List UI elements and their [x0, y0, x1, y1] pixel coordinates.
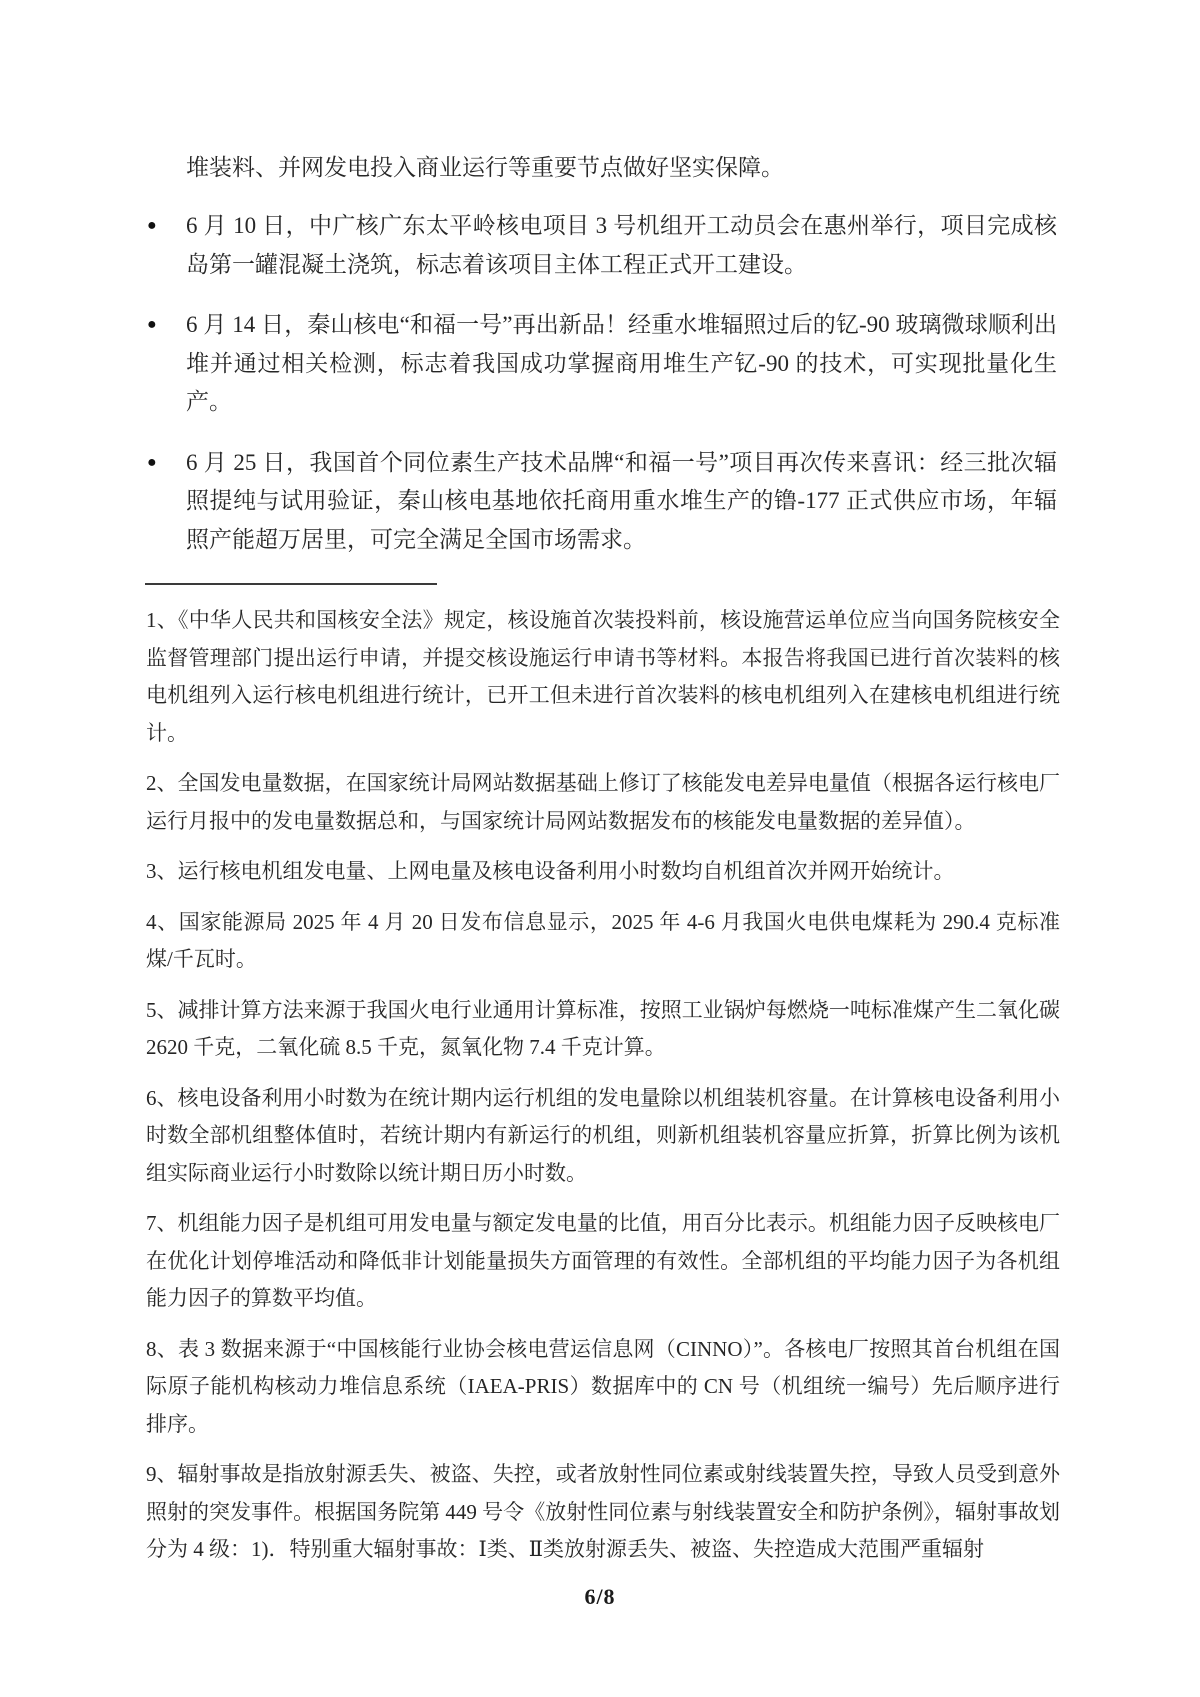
footnote-1: 1、《中华人民共和国核安全法》规定，核设施首次装投料前，核设施营运单位应当向国务…	[146, 602, 1060, 752]
document-page: 堆装料、并网发电投入商业运行等重要节点做好坚实保障。 ● 6 月 10 日，中广…	[0, 0, 1200, 1697]
page-number: 6/8	[0, 1584, 1200, 1610]
footnote-8: 8、表 3 数据来源于“中国核能行业协会核电营运信息网（CINNO）”。各核电厂…	[146, 1331, 1060, 1444]
bullet-marker-icon: ●	[147, 306, 186, 345]
bullet-marker-icon: ●	[147, 444, 186, 483]
footnote-4: 4、国家能源局 2025 年 4 月 20 日发布信息显示，2025 年 4-6…	[146, 904, 1060, 979]
bullet-text: 6 月 14 日，秦山核电“和福一号”再出新品！经重水堆辐照过后的钇-90 玻璃…	[186, 306, 1057, 422]
footnote-6: 6、核电设备利用小时数为在统计期内运行机组的发电量除以机组装机容量。在计算核电设…	[146, 1080, 1060, 1193]
footnote-separator-rule	[145, 583, 437, 585]
bullet-list: ● 6 月 10 日，中广核广东太平岭核电项目 3 号机组开工动员会在惠州举行，…	[147, 207, 1057, 581]
bullet-text: 6 月 25 日，我国首个同位素生产技术品牌“和福一号”项目再次传来喜讯：经三批…	[186, 444, 1057, 560]
footnotes-section: 1、《中华人民共和国核安全法》规定，核设施首次装投料前，核设施营运单位应当向国务…	[146, 602, 1060, 1582]
footnote-9: 9、辐射事故是指放射源丢失、被盗、失控，或者放射性同位素或射线装置失控，导致人员…	[146, 1456, 1060, 1569]
footnote-5: 5、减排计算方法来源于我国火电行业通用计算标准，按照工业锅炉每燃烧一吨标准煤产生…	[146, 992, 1060, 1067]
bullet-item-june-25: ● 6 月 25 日，我国首个同位素生产技术品牌“和福一号”项目再次传来喜讯：经…	[147, 444, 1057, 560]
footnote-3: 3、运行核电机组发电量、上网电量及核电设备利用小时数均自机组首次并网开始统计。	[146, 853, 1060, 891]
continued-paragraph: 堆装料、并网发电投入商业运行等重要节点做好坚实保障。	[186, 149, 1057, 188]
bullet-item-june-14: ● 6 月 14 日，秦山核电“和福一号”再出新品！经重水堆辐照过后的钇-90 …	[147, 306, 1057, 422]
footnote-7: 7、机组能力因子是机组可用发电量与额定发电量的比值，用百分比表示。机组能力因子反…	[146, 1205, 1060, 1318]
bullet-marker-icon: ●	[147, 207, 186, 246]
bullet-item-june-10: ● 6 月 10 日，中广核广东太平岭核电项目 3 号机组开工动员会在惠州举行，…	[147, 207, 1057, 284]
bullet-text: 6 月 10 日，中广核广东太平岭核电项目 3 号机组开工动员会在惠州举行，项目…	[186, 207, 1057, 284]
footnote-2: 2、全国发电量数据，在国家统计局网站数据基础上修订了核能发电差异电量值（根据各运…	[146, 765, 1060, 840]
